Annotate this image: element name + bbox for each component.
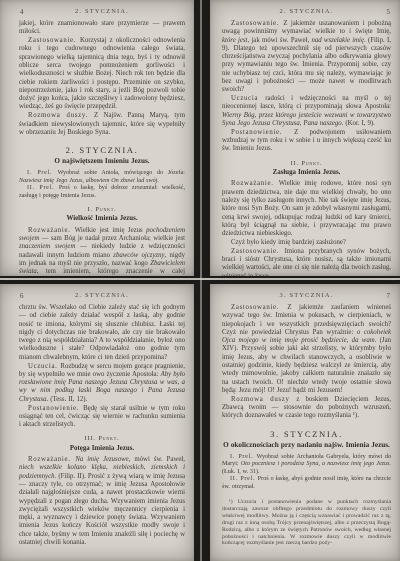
paragraph: chrztu św. Wszelako od Ciebie zależy sta… [19, 304, 185, 362]
running-head: 3. STYCZNIA. 7 [222, 289, 391, 304]
page-number: 7 [387, 292, 391, 300]
paragraph: Zastosowanie. Korzystaj z okoliczności o… [19, 37, 185, 112]
running-head: 4 2. STYCZNIA. [19, 5, 185, 20]
running-title: 2. STYCZNIA. [19, 8, 185, 15]
paragraph: Uczucia radości i wdzięczności na myśl o… [222, 95, 391, 128]
running-head: 2. STYCZNIA. 5 [222, 5, 391, 20]
running-head: 6 2. STYCZNIA. [19, 289, 185, 304]
scan-row-divider [0, 278, 400, 280]
paragraph: Rozmowa duszy. Z Najśw. Panną Maryą, tym… [19, 112, 185, 137]
paragraph: jakiej, które znamionowało stare przymie… [19, 20, 185, 37]
paragraph: Rozważanie. Wielkie imię rodowe, które n… [222, 180, 391, 238]
prelude-paragraph: II. Prel. Proś o łaskę, byś dobrze zrozu… [19, 185, 185, 200]
footnote: ¹) Uczucia i postanowienia podane w punk… [222, 499, 391, 547]
paragraph: Zastosowanie. Z jakiemże zaufaniem winie… [222, 304, 391, 395]
book-page-4: 4 2. STYCZNIA. jakiej, które znamionował… [0, 0, 194, 276]
running-title: 2. STYCZNIA. [222, 8, 391, 15]
book-page-7: 3. STYCZNIA. 7 Zastosowanie. Z jakiemże … [210, 284, 400, 561]
paragraph: Zastosowanie. Imiona przybranych synów b… [222, 248, 391, 276]
section-date-heading: 2. STYCZNIA. [19, 146, 185, 154]
running-title: 2. STYCZNIA. [19, 292, 185, 299]
book-gutter-divider [200, 0, 202, 561]
page-number: 5 [387, 8, 391, 16]
prelude-paragraph: I. Prel. Wyobraź sobie Archanioła Gabrye… [222, 454, 391, 477]
section-title: O okolicznościach przy nadaniu najśw. Im… [222, 441, 391, 450]
book-page-6: 6 2. STYCZNIA. chrztu św. Wszelako od Ci… [0, 284, 194, 561]
paragraph: Uczucia. Rozbudzę w sercu mojem gorące p… [19, 363, 185, 404]
paragraph: Postanowienie. Będę się starał usilnie w… [19, 405, 185, 430]
punkt-label: II. Punkt. [222, 160, 391, 168]
punkt-title: Zasługa Imienia Jezus. [222, 169, 391, 177]
paragraph: Rozważanie. Na imię Jezusowe, mówi św. P… [19, 456, 185, 547]
paragraph: Rozważanie. Wielkie jest imię Jezus poch… [19, 227, 185, 276]
page-body: Zastosowanie. Z jakiemże uszanowaniem i … [222, 20, 391, 276]
page-body: Zastosowanie. Z jakiemże zaufaniem winie… [222, 304, 391, 547]
book-page-5: 2. STYCZNIA. 5 Zastosowanie. Z jakiemże … [210, 0, 400, 276]
section-date-heading: 3. STYCZNIA. [222, 430, 391, 438]
punkt-label: I. Punkt. [19, 206, 185, 214]
prelude-paragraph: II. Prel. Proś o łaskę, abyś godnie nosi… [222, 476, 391, 491]
paragraph: Rozmowa duszy z boskiem Dziecięciem Jezu… [222, 396, 391, 421]
prelude-paragraph: I. Prel. Wyobraź sobie Anioła, mówiącego… [19, 170, 185, 185]
punkt-title: Potęga Imienia Jezus. [19, 445, 185, 453]
paragraph: Zastosowanie. Z jakiemże uszanowaniem i … [222, 20, 391, 95]
page-body: jakiej, które znamionowało stare przymie… [19, 20, 185, 276]
running-title: 3. STYCZNIA. [222, 292, 391, 299]
punkt-label: III. Punkt. [19, 435, 185, 443]
paragraph: Czyż było kiedy imię bardziej zasłużone? [222, 239, 391, 247]
book-scan: 4 2. STYCZNIA. jakiej, które znamionował… [0, 0, 400, 561]
paragraph: Postanowienie. Z podwojonem usiłowaniem … [222, 129, 391, 154]
page-body: chrztu św. Wszelako od Ciebie zależy sta… [19, 304, 185, 547]
section-title: O najświętszem Imieniu Jezus. [19, 157, 185, 166]
punkt-title: Wielkość Imienia Jezus. [19, 215, 185, 223]
